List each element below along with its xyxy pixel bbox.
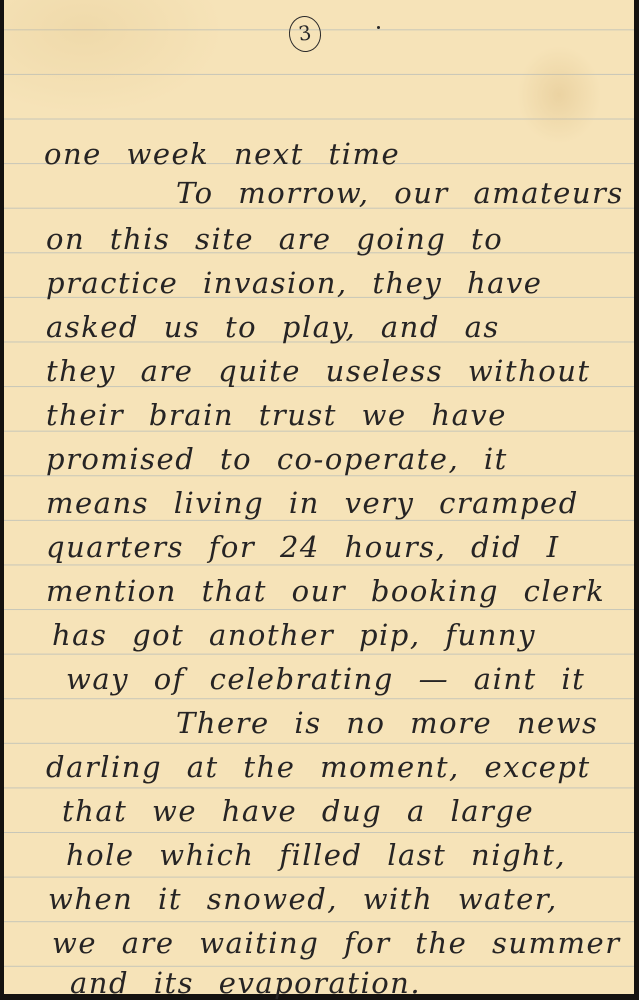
page-number-circled: 3: [287, 14, 324, 54]
ink-dot: [377, 26, 380, 29]
text-line: quarters for 24 hours, did I: [46, 530, 560, 564]
text-line: on this site are going to: [46, 222, 503, 256]
text-line: one week next time: [44, 137, 400, 171]
text-line: when it snowed, with water,: [48, 882, 558, 916]
text-line: and its evaporation.: [70, 966, 421, 1000]
text-line: promised to co-operate, it: [46, 442, 508, 476]
text-line: means living in very cramped: [46, 486, 579, 520]
text-line: darling at the moment, except: [46, 750, 591, 784]
text-line: hole which filled last night,: [66, 838, 566, 872]
text-line: we are waiting for the summer: [52, 926, 621, 960]
letter-page: 3 one week next time To morrow, our amat…: [4, 0, 634, 994]
text-line: that we have dug a large: [62, 794, 534, 828]
text-line: asked us to play, and as: [46, 310, 500, 344]
text-line: they are quite useless without: [46, 354, 591, 388]
text-line: practice invasion, they have: [46, 266, 542, 300]
text-line: way of celebrating — aint it: [66, 662, 585, 696]
text-line: their brain trust we have: [46, 398, 507, 432]
text-line: To morrow, our amateurs: [176, 176, 624, 210]
text-line: mention that our booking clerk: [46, 574, 605, 608]
text-line: has got another pip, funny: [52, 618, 536, 652]
text-line: There is no more news: [176, 706, 598, 740]
